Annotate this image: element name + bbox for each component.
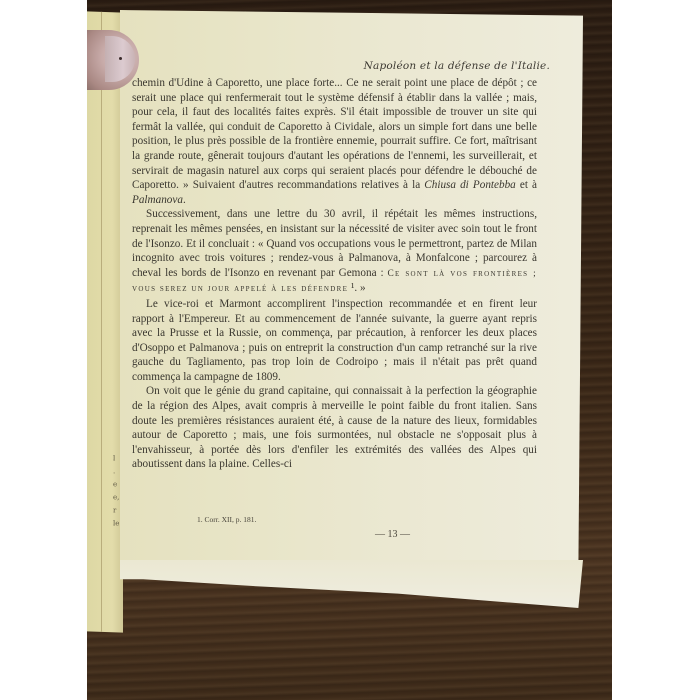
- nail-speck: [119, 57, 122, 60]
- paragraph: Successivement, dans une lettre du 30 av…: [132, 207, 537, 297]
- book-photo: l . e e, r le Napoléon et la défense de …: [87, 0, 612, 700]
- text-segment: chemin d'Udine à Caporetto, une place fo…: [132, 77, 537, 191]
- paragraph: chemin d'Udine à Caporetto, une place fo…: [132, 76, 537, 207]
- text-segment: Palmanova: [132, 194, 183, 206]
- page-number: — 13 —: [375, 529, 410, 540]
- text-segment: On voit que le génie du grand capitaine,…: [132, 385, 537, 470]
- text-segment: .: [183, 194, 186, 206]
- text-segment: Chiusa di Pontebba: [424, 179, 515, 191]
- book-page-bottom-edge: [120, 560, 583, 608]
- left-page-edge: l . e e, r le: [87, 11, 123, 632]
- page-gutter: [101, 12, 102, 632]
- paragraph: Le vice-roi et Marmont accomplirent l'in…: [132, 297, 537, 385]
- text-segment: Le vice-roi et Marmont accomplirent l'in…: [132, 298, 537, 383]
- body-text: chemin d'Udine à Caporetto, une place fo…: [132, 76, 537, 472]
- text-segment: et à: [516, 179, 537, 191]
- paragraph: On voit que le génie du grand capitaine,…: [132, 384, 537, 472]
- running-head: Napoléon et la défense de l'Italie.: [305, 60, 550, 72]
- footnote: 1. Corr. XII, p. 181.: [197, 515, 256, 524]
- text-segment: ¹. »: [348, 282, 365, 294]
